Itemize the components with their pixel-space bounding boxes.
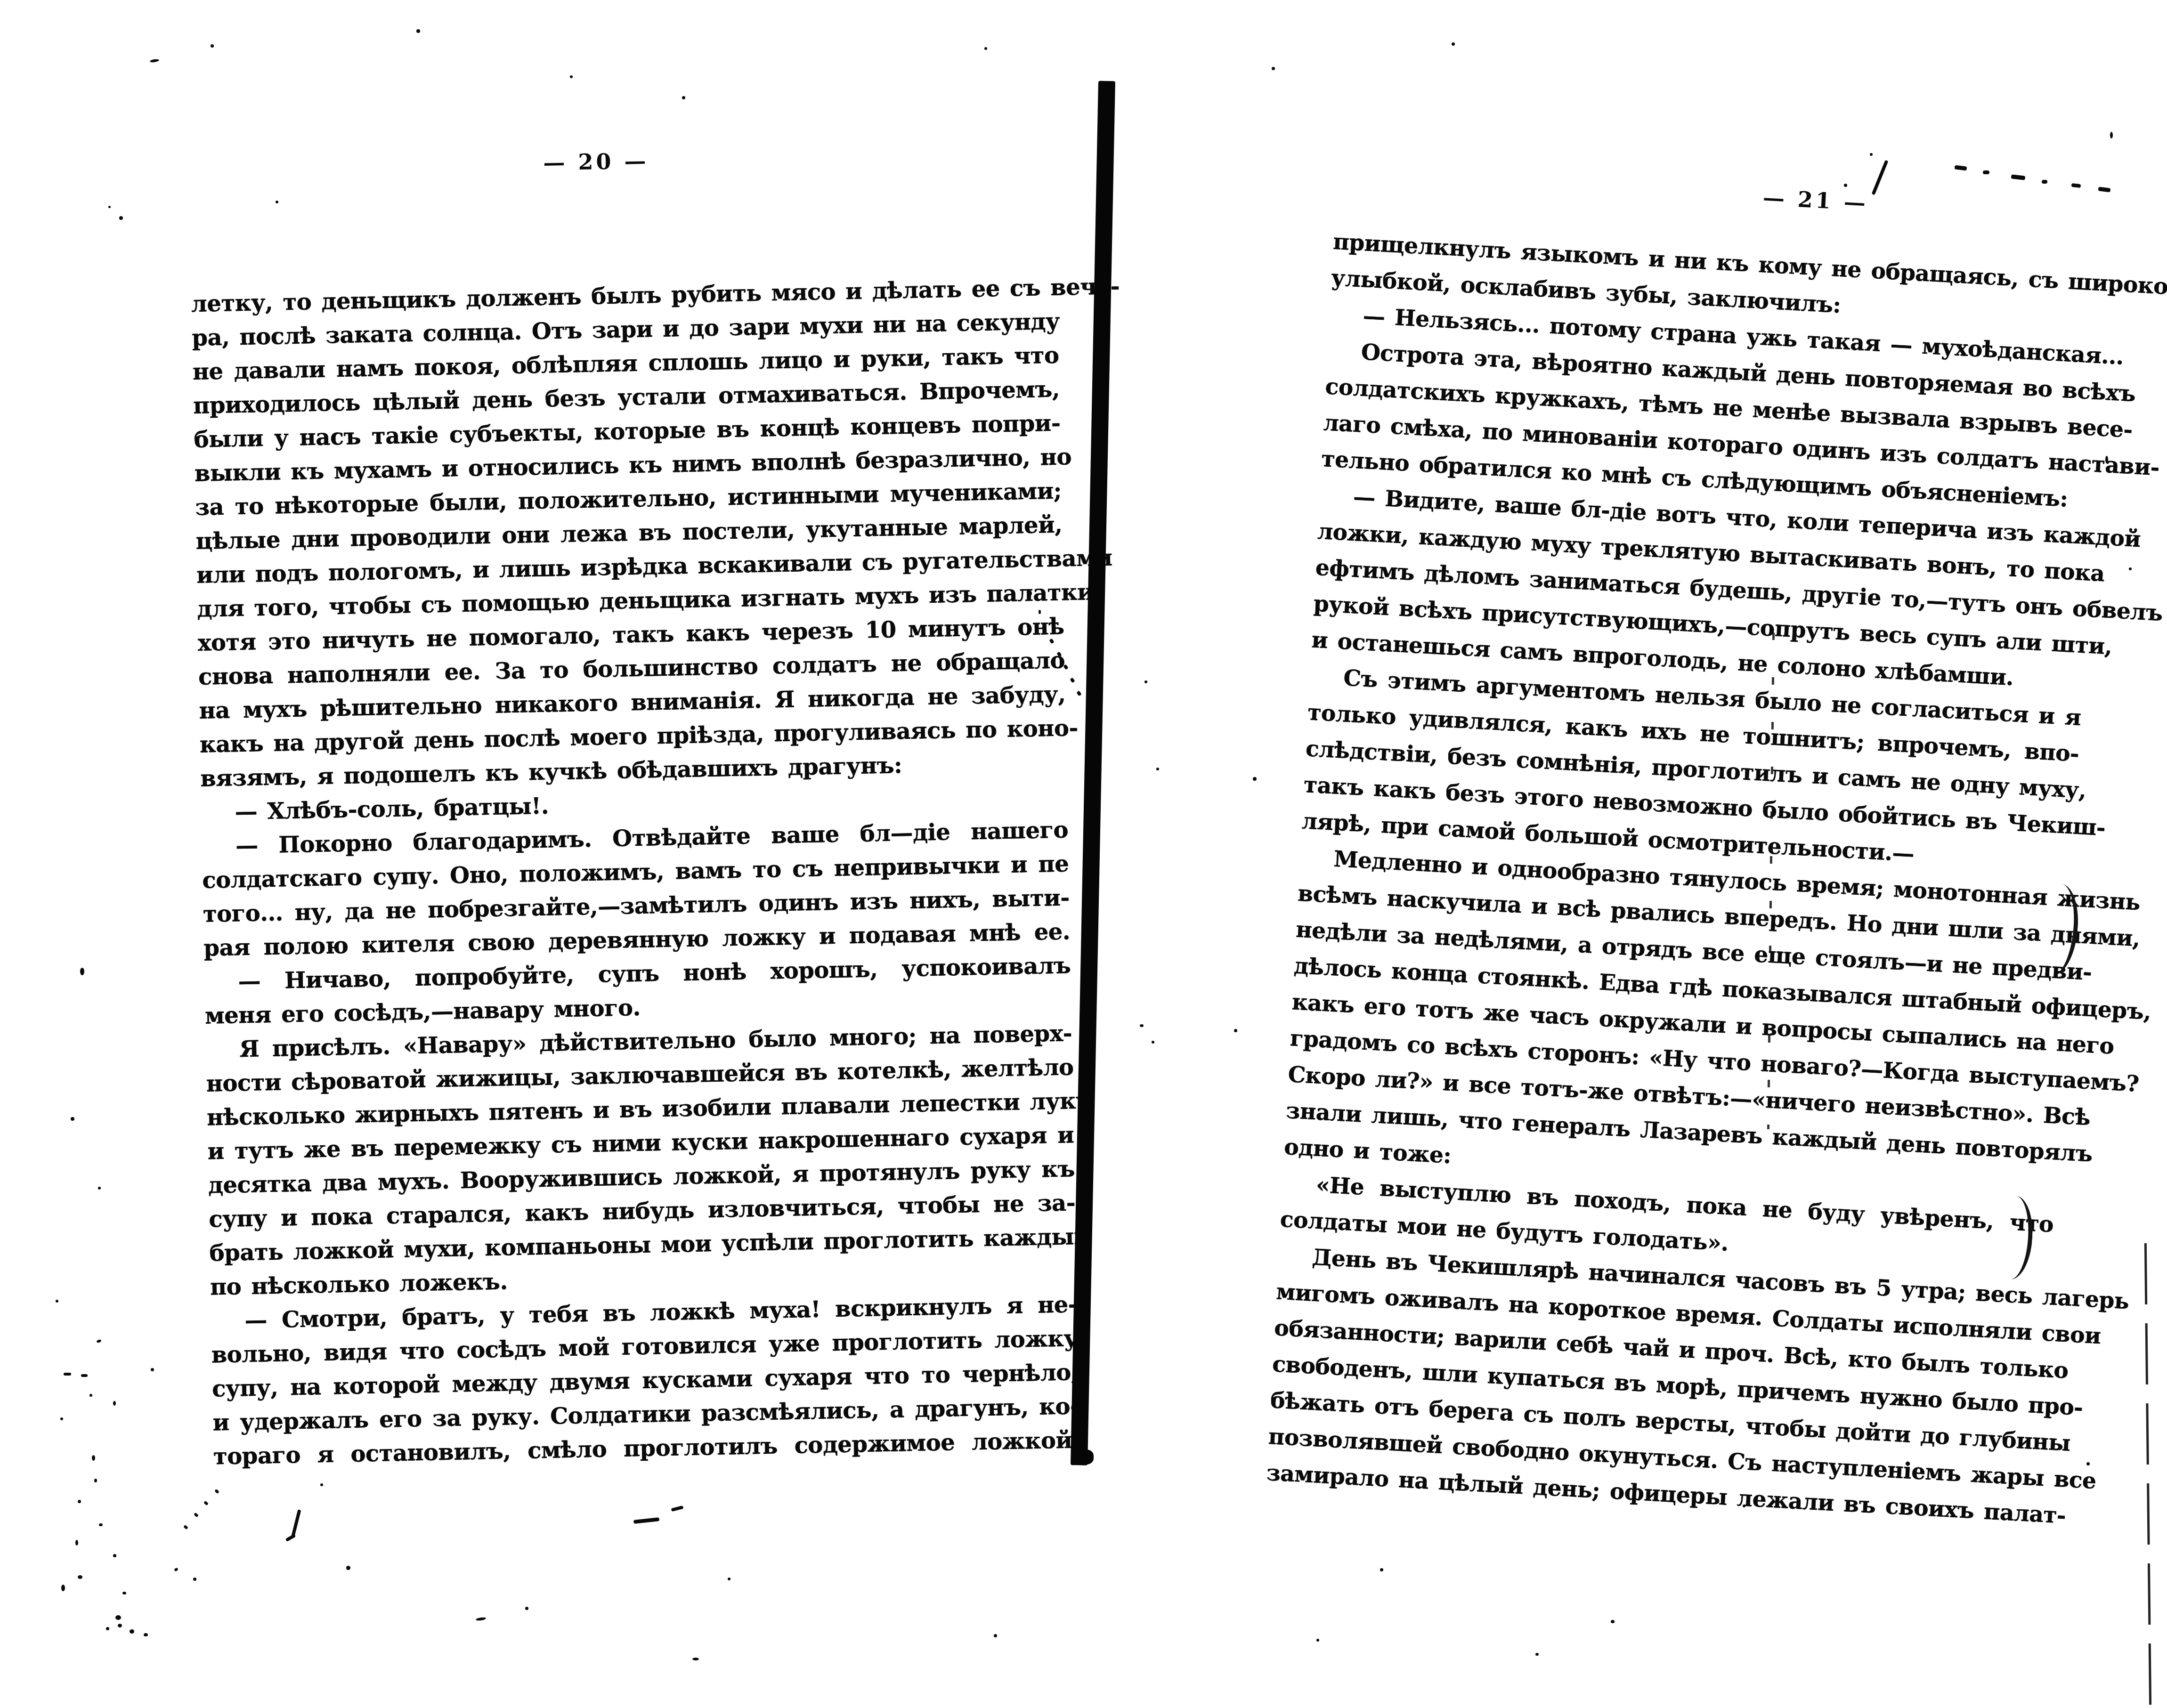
- scan-speck: [60, 1417, 63, 1420]
- pen-dash-mark: [81, 1374, 88, 1377]
- scan-speck: [108, 206, 111, 208]
- pen-stroke-mark: [285, 1534, 296, 1542]
- scan-speck: [61, 1585, 65, 1591]
- scan-speck: [119, 216, 123, 220]
- scan-speck: [1272, 67, 1275, 70]
- scan-speck: [56, 1300, 58, 1303]
- scan-speck: [99, 1523, 103, 1526]
- page-21: — 21 — прищелкнулъ языкомъ и ни къ кому …: [1266, 160, 2109, 1533]
- scan-speck: [1452, 42, 1455, 46]
- scan-speck: [2086, 1462, 2090, 1465]
- scan-speck: [106, 1627, 109, 1630]
- pen-dash-mark: [1983, 170, 1989, 174]
- scan-speck: [122, 1592, 126, 1595]
- scan-speck: [1253, 777, 1257, 781]
- page-21-text: прищелкнулъ языкомъ и ни къ кому не обра…: [1266, 224, 2105, 1533]
- scan-speck: [1316, 1639, 1319, 1642]
- scan-speck: [2129, 567, 2132, 570]
- scan-speck: [692, 1658, 699, 1660]
- scan-speck: [1152, 1041, 1154, 1044]
- pen-dash-mark: [1955, 165, 1967, 170]
- scan-speck: [1144, 680, 1147, 683]
- scan-speck: [211, 44, 214, 48]
- scan-speck: [130, 1629, 134, 1634]
- scan-speck: [476, 1617, 487, 1621]
- scan-speck: [113, 1554, 116, 1557]
- page-20-text: летку, то деньщикъ долженъ былъ рубить м…: [191, 271, 1080, 1474]
- scan-speck: [94, 1479, 97, 1482]
- scan-speck: [1039, 610, 1041, 614]
- scan-speck: [75, 1540, 78, 1546]
- pen-dash-mark: [2011, 174, 2026, 180]
- scan-speck: [570, 75, 573, 78]
- page-20: — 20 — летку, то деньщикъ долженъ былъ р…: [188, 139, 1080, 1474]
- pen-dash-mark: [203, 1501, 209, 1506]
- scan-speck: [276, 201, 278, 203]
- scan-speck: [1743, 1505, 1745, 1507]
- scan-speck: [525, 1607, 528, 1610]
- scan-speck: [98, 1187, 101, 1190]
- scan-speck: [682, 96, 685, 99]
- gutter-dot-trail: [1076, 690, 1081, 696]
- gutter-dot-trail: [1070, 677, 1075, 683]
- scan-speck: [728, 1578, 730, 1580]
- scan-speck: [78, 1575, 82, 1579]
- scan-speck: [1029, 591, 1032, 596]
- scan-speck: [1611, 1620, 1615, 1623]
- page-20-header-gap: [189, 167, 1057, 287]
- pen-dash-mark: [2042, 180, 2047, 184]
- scan-speck: [115, 1615, 121, 1620]
- scan-speck: [174, 1567, 179, 1571]
- scan-speck: [320, 1483, 323, 1486]
- scan-speck: [2110, 132, 2113, 138]
- scan-edge-line: [2144, 1243, 2151, 1707]
- scan-speck: [144, 1633, 148, 1636]
- scan-speck: [1234, 1029, 1237, 1032]
- scan-speck: [1156, 768, 1159, 770]
- scan-speck: [416, 29, 420, 33]
- scan-speck: [89, 1394, 92, 1397]
- pen-dash-mark: [2071, 183, 2081, 188]
- scan-speck: [346, 1566, 350, 1570]
- pen-stroke-mark: [291, 1509, 301, 1538]
- scan-speck: [78, 1500, 81, 1503]
- scan-speck: [96, 1339, 101, 1343]
- scan-speck: [2105, 456, 2108, 463]
- scan-speck: [1380, 1568, 1383, 1571]
- scan-speck: [151, 1368, 154, 1371]
- scan-speck: [984, 47, 987, 50]
- scan-speck: [92, 1455, 95, 1461]
- pen-dash-mark: [214, 1489, 219, 1494]
- scan-speck: [193, 1578, 196, 1581]
- pen-dash-mark: [633, 1517, 660, 1524]
- scan-speck: [994, 1634, 997, 1637]
- scan-speck: [80, 968, 84, 975]
- scan-speck: [150, 59, 160, 63]
- scan-speck: [118, 1624, 122, 1627]
- pen-dash-mark: [64, 1373, 71, 1376]
- scan-speck: [1535, 1653, 1539, 1656]
- scan-speck: [1870, 153, 1873, 156]
- binding-shadow-tail: [1075, 1449, 1094, 1465]
- book-scan: — 20 — летку, то деньщикъ долженъ былъ р…: [0, 0, 2167, 1708]
- pen-dash-mark: [194, 1513, 199, 1517]
- scan-speck: [1013, 556, 1015, 559]
- scan-speck: [1844, 184, 1847, 187]
- pen-dash-mark: [183, 1525, 188, 1530]
- pen-dash-mark: [2098, 186, 2111, 192]
- scan-speck: [1140, 1024, 1144, 1027]
- scan-speck: [113, 1401, 116, 1406]
- scan-speck: [71, 1117, 74, 1121]
- pen-dash-mark: [671, 1506, 684, 1512]
